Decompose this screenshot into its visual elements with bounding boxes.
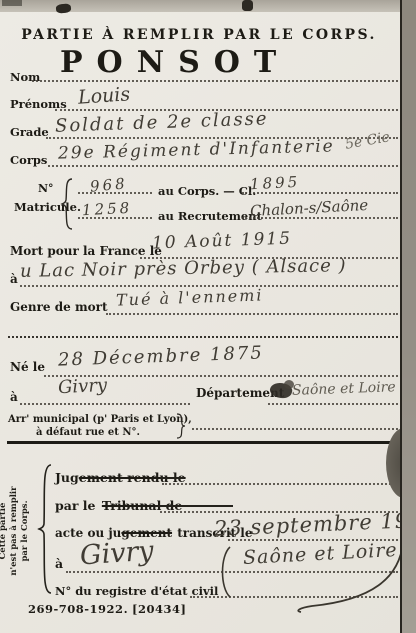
- scan-edge-line: [400, 0, 402, 633]
- scan-edge-band: [402, 0, 416, 633]
- military-death-record-card: PARTIE À REMPLIR PAR LE CORPS. Nom PONSO…: [0, 0, 416, 633]
- flourish-stroke: [0, 0, 416, 633]
